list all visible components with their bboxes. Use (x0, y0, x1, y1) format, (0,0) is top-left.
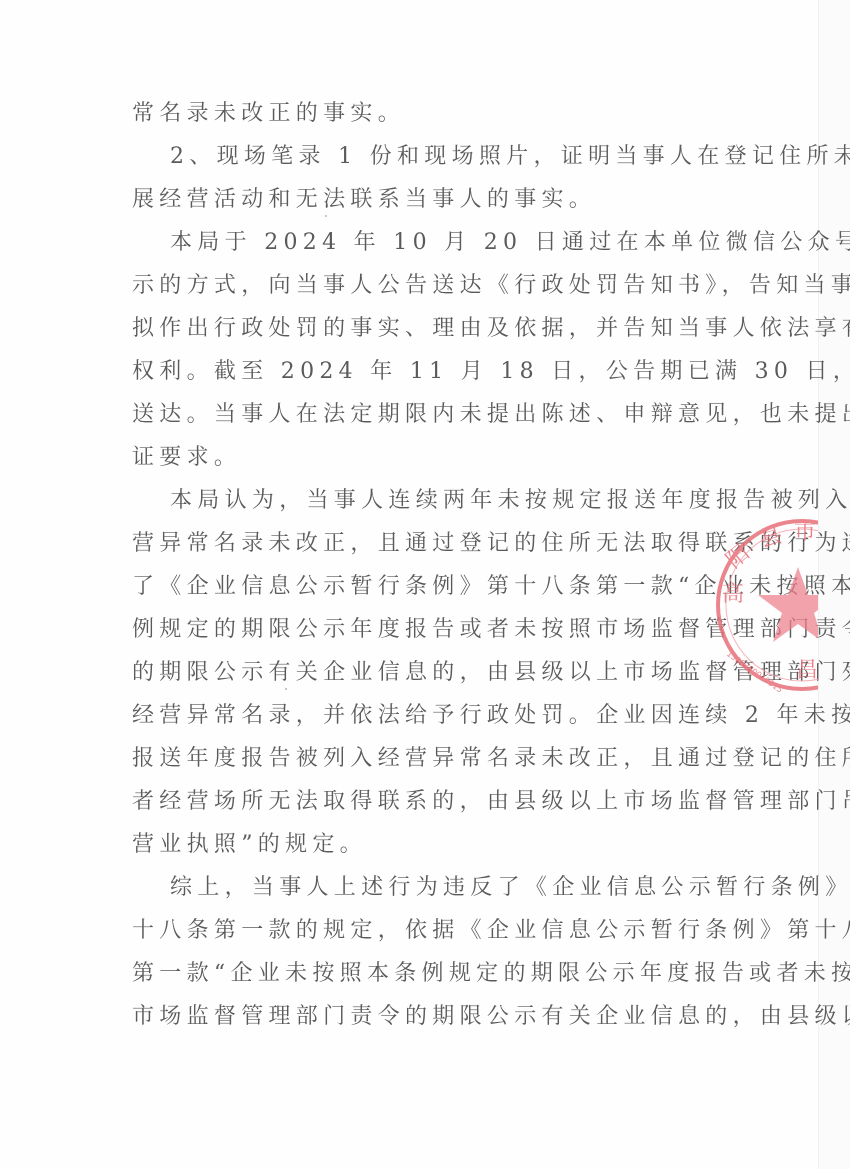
text-line: 经营异常名录，并依法给予行政处罚。企业因连续 2 年未按规定 (132, 694, 712, 737)
text-line: 展经营活动和无法联系当事人的事实。 (132, 178, 712, 221)
text-line: 营异常名录未改正，且通过登记的住所无法取得联系的行为违反 (132, 522, 712, 565)
text-line: 常名录未改正的事实。 (132, 92, 712, 135)
svg-text:高: 高 (722, 582, 744, 607)
svg-text:市: 市 (794, 520, 816, 545)
text-line: 示的方式，向当事人公告送达《行政处罚告知书》，告知当事人 (132, 264, 712, 307)
text-line: 2、现场笔录 1 份和现场照片，证明当事人在登记住所未开 (132, 135, 712, 178)
scan-speck (445, 545, 447, 547)
text-line: 第一款“企业未按照本条例规定的期限公示年度报告或者未按照 (132, 952, 712, 995)
text-line: 营业执照”的规定。 (132, 823, 712, 866)
official-seal: 高阳县市 高 阳 县 市 昌 1306280010315 (700, 505, 818, 705)
text-line: 权利。截至 2024 年 11 月 18 日，公告期已满 30 日，按规定视为 (132, 350, 712, 393)
svg-text:县: 县 (757, 523, 785, 553)
svg-text:1306280010315: 1306280010315 (725, 649, 784, 694)
text-line: 了《企业信息公示暂行条例》第十八条第一款“企业未按照本条 (132, 565, 712, 608)
seal-stamp-icon: 高阳县市 高 阳 县 市 昌 1306280010315 (700, 505, 818, 705)
text-line: 的期限公示有关企业信息的，由县级以上市场监督管理部门列入 (132, 651, 712, 694)
text-line: 十八条第一款的规定，依据《企业信息公示暂行条例》第十八条 (132, 909, 712, 952)
document-body: 常名录未改正的事实。 2、现场笔录 1 份和现场照片，证明当事人在登记住所未开 … (132, 92, 712, 1038)
text-line: 本局于 2024 年 10 月 20 日通过在本单位微信公众号进行公 (132, 221, 712, 264)
text-line: 市场监督管理部门责令的期限公示有关企业信息的，由县级以上 (132, 995, 712, 1038)
text-line: 报送年度报告被列入经营异常名录未改正，且通过登记的住所或 (132, 737, 712, 780)
text-line: 综上，当事人上述行为违反了《企业信息公示暂行条例》第 (132, 866, 712, 909)
scan-speck (447, 288, 449, 290)
scan-speck (545, 196, 547, 198)
scan-speck (560, 200, 562, 202)
scan-speck (285, 688, 287, 690)
text-line: 本局认为，当事人连续两年未按规定报送年度报告被列入经 (132, 479, 712, 522)
text-line: 证要求。 (132, 436, 712, 479)
text-line: 拟作出行政处罚的事实、理由及依据，并告知当事人依法享有的 (132, 307, 712, 350)
scan-speck (325, 215, 327, 217)
svg-text:昌: 昌 (796, 658, 818, 683)
text-line: 送达。当事人在法定期限内未提出陈述、申辩意见，也未提出听 (132, 393, 712, 436)
text-line: 者经营场所无法取得联系的，由县级以上市场监督管理部门吊销 (132, 780, 712, 823)
text-line: 例规定的期限公示年度报告或者未按照市场监督管理部门责令 (132, 608, 712, 651)
